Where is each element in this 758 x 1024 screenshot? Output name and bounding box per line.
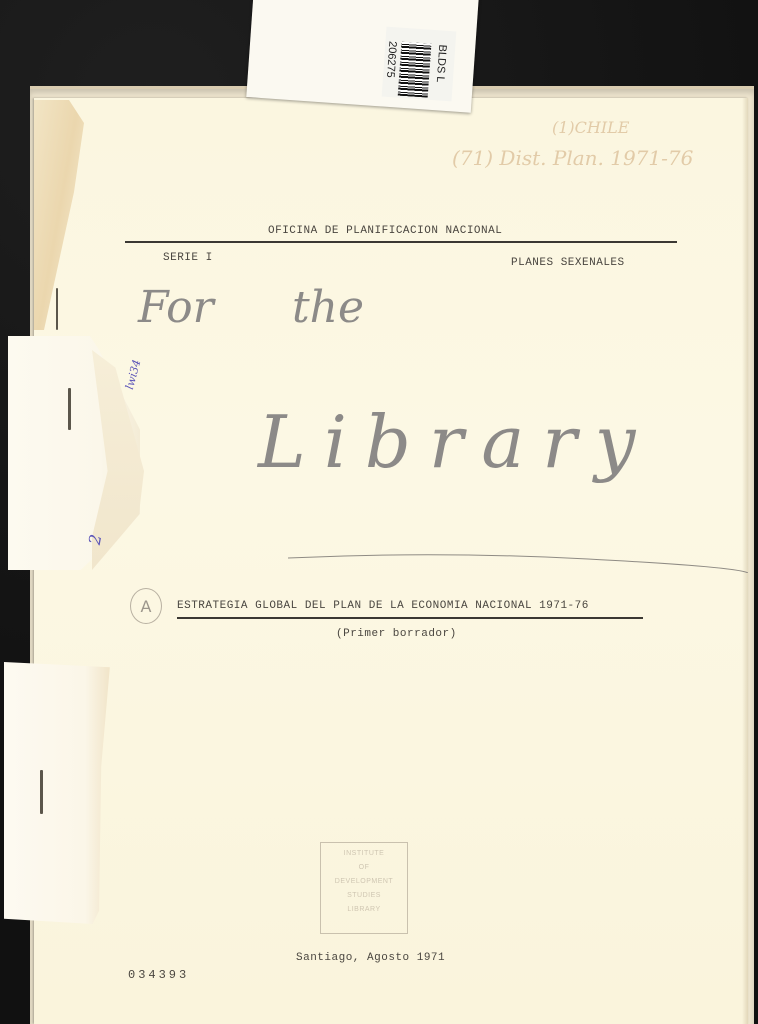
accession-number: 034393 <box>128 968 189 982</box>
barcode-slip: BLDS L 206275 <box>246 0 478 113</box>
pencil-note-classification: (71) Dist. Plan. 1971-76 <box>452 146 693 170</box>
stamp-line: LIBRARY <box>321 903 407 917</box>
document-subtitle: (Primer borrador) <box>336 628 457 640</box>
barcode-number: 206275 <box>384 41 399 78</box>
circled-a-marker: A <box>130 588 162 624</box>
binding-tab-lower <box>4 662 112 924</box>
staple <box>56 288 58 330</box>
place-date: Santiago, Agosto 1971 <box>296 952 445 964</box>
staple <box>40 770 43 814</box>
stamp-line: INSTITUTE <box>321 847 407 861</box>
library-stamp: INSTITUTE OF DEVELOPMENT STUDIES LIBRARY <box>320 842 408 934</box>
series-label: SERIE I <box>163 252 213 264</box>
barcode-icon <box>398 42 432 98</box>
barcode-label: BLDS L 206275 <box>382 27 457 102</box>
header-rule <box>125 241 677 243</box>
title-underline <box>177 617 643 619</box>
document-title: ESTRATEGIA GLOBAL DEL PLAN DE LA ECONOMI… <box>177 600 589 612</box>
series-title: PLANES SEXENALES <box>511 257 625 269</box>
pencil-rule <box>288 553 748 573</box>
stamp-line: DEVELOPMENT <box>321 875 407 889</box>
organization-name: OFICINA DE PLANIFICACION NACIONAL <box>268 225 502 237</box>
pencil-note-country: (1)CHILE <box>552 118 629 137</box>
handwriting-for: For <box>138 282 214 333</box>
barcode-label-line1: BLDS L <box>434 44 449 83</box>
handwriting-the: the <box>292 282 364 333</box>
stamp-line: STUDIES <box>321 889 407 903</box>
stamp-line: OF <box>321 861 407 875</box>
handwriting-library: Library <box>258 400 653 484</box>
staple <box>68 388 71 430</box>
